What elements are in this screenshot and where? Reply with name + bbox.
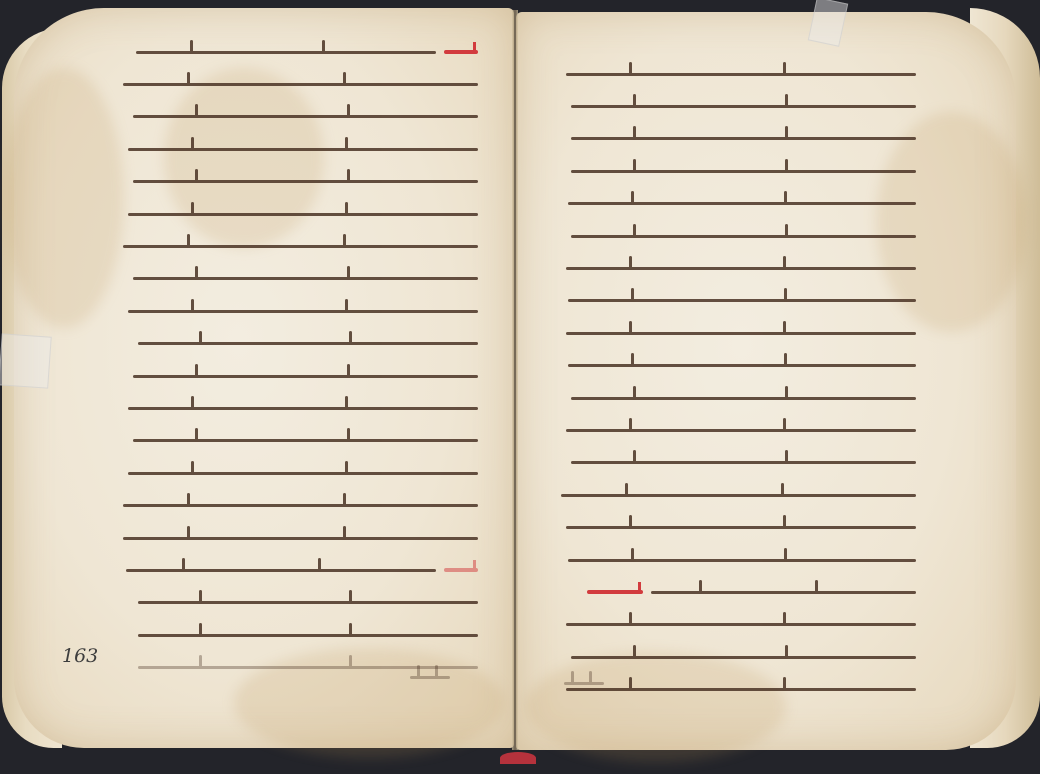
- text-line: [566, 252, 916, 284]
- manuscript-photo: 163: [0, 0, 1040, 774]
- left-page-text-block: [116, 36, 478, 684]
- text-line: [123, 230, 478, 262]
- text-line: [123, 489, 478, 521]
- text-line: [561, 479, 916, 511]
- text-line: [128, 392, 478, 424]
- text-line: [133, 425, 478, 457]
- red-headband: [500, 752, 536, 764]
- text-line: [568, 350, 916, 382]
- text-line: [571, 447, 916, 479]
- right-page-text-block: [556, 58, 916, 706]
- text-line: [138, 619, 478, 651]
- text-line: [136, 36, 478, 68]
- text-line: [128, 133, 478, 165]
- book-gutter: [512, 10, 518, 750]
- text-line: [138, 587, 478, 619]
- text-line: [126, 554, 478, 586]
- text-line: [566, 317, 916, 349]
- text-line: [568, 285, 916, 317]
- text-line: [123, 68, 478, 100]
- rubric-marker: [444, 50, 478, 54]
- text-line: [128, 457, 478, 489]
- text-line: [128, 198, 478, 230]
- text-line: [128, 295, 478, 327]
- text-line: [123, 522, 478, 554]
- folio-number: 163: [62, 645, 98, 667]
- text-line: [138, 328, 478, 360]
- text-line: [571, 382, 916, 414]
- text-line-with-rubric: [587, 576, 916, 608]
- text-line: [571, 641, 916, 673]
- text-line: [566, 511, 916, 543]
- text-line: [568, 188, 916, 220]
- text-line: [566, 609, 916, 641]
- text-line: [571, 90, 916, 122]
- text-line: [566, 673, 916, 705]
- water-stain: [4, 68, 124, 328]
- text-line: [566, 414, 916, 446]
- text-line: [571, 220, 916, 252]
- catchword: [564, 682, 604, 698]
- text-line: [133, 101, 478, 133]
- catchword: [410, 676, 450, 692]
- text-line: [571, 123, 916, 155]
- text-line: [133, 263, 478, 295]
- repair-tape: [0, 333, 52, 388]
- text-line: [566, 58, 916, 90]
- text-line: [133, 360, 478, 392]
- rubric-marker: [587, 590, 643, 594]
- text-line: [568, 544, 916, 576]
- text-line: [133, 166, 478, 198]
- rubric-marker: [444, 568, 478, 572]
- text-line: [571, 155, 916, 187]
